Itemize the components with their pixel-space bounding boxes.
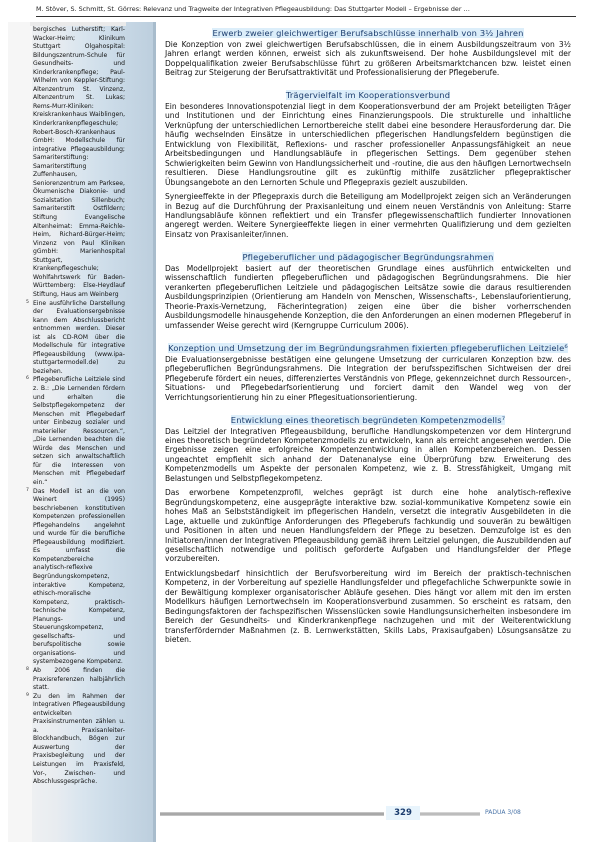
heading-text: Erwerb zweier gleichwertiger Berufsabsch… [212,28,523,38]
footnote-text: Das Modell ist an die von Weinert (1995)… [33,488,125,666]
footnote-text: Eine ausführliche Darstellung der Evalua… [33,300,125,375]
footnote-mark: 8 [26,666,29,675]
section-begruendungsrahmen: Pflegeberuflicher und pädagogischer Begr… [165,253,571,330]
footnote-mark: 6 [26,375,29,384]
section-traegervielfalt: Trägervielfalt im Kooperationsverbund Ei… [165,91,571,239]
paragraph: Synergieeffekte in der Pflegepraxis durc… [165,192,571,239]
section-heading: Konzeption und Umsetzung der im Begründu… [165,344,571,354]
heading-text: Trägervielfalt im Kooperationsverbund [286,90,450,100]
paragraph: Das Leitziel der Integrativen Pflegeausb… [165,427,571,484]
paragraph: Die Evaluationsergebnisse bestätigen ein… [165,355,571,402]
paragraph: Das erworbene Kompetenzprofil, welches g… [165,488,571,564]
main-text-column: Erwerb zweier gleichwertiger Berufsabsch… [165,29,571,645]
footnote-mark: 9 [26,692,29,701]
paragraph: Ein besonderes Innovationspotenzial lieg… [165,102,571,187]
section-heading: Entwicklung eines theoretisch begründete… [165,416,571,426]
page-number: 329 [386,806,420,820]
section-berufsabschluesse: Erwerb zweier gleichwertiger Berufsabsch… [165,29,571,77]
section-heading: Trägervielfalt im Kooperationsverbund [165,91,571,101]
heading-text: Konzeption und Umsetzung der im Begründu… [168,343,568,353]
sidebar-edge-bar [153,22,156,842]
footnote-mark: 5 [26,299,29,308]
heading-text: Entwicklung eines theoretisch begründete… [231,415,505,425]
section-heading: Pflegeberuflicher und pädagogischer Begr… [165,253,571,263]
journal-name: PADUA 3/08 [485,808,575,818]
heading-text: Pflegeberuflicher und pädagogischer Begr… [242,252,493,262]
footnote-7: 7Das Modell ist an die von Weinert (1995… [33,488,125,667]
footnote-text: Zu den im Rahmen der Integrativen Pflege… [33,693,125,785]
paragraph: Das Modellprojekt basiert auf der theore… [165,264,571,330]
footnote-mark: 7 [26,487,29,496]
running-header: M. Stöver, S. Schmitt, St. Görres: Relev… [36,3,576,17]
footnote-9: 9Zu den im Rahmen der Integrativen Pfleg… [33,693,125,787]
footnote-text: Pflegeberufliche Leitziele sind z. B.: „… [33,376,125,486]
sidebar-continued-text: bergisches Lutherstift; Karl-Wacker-Heim… [33,26,125,300]
footer-rule [420,812,480,816]
footnote-6: 6Pflegeberufliche Leitziele sind z. B.: … [33,376,125,487]
paragraph: Die Konzeption von zwei gleichwertigen B… [165,40,571,78]
footnote-text: Ab 2006 finden die Praxisreferenzen halb… [33,667,125,691]
section-heading: Erwerb zweier gleichwertiger Berufsabsch… [165,29,571,39]
paragraph: Entwicklungsbedarf hinsichtlich der Beru… [165,569,571,645]
footer-rule [160,812,384,816]
section-leitziele: Konzeption und Umsetzung der im Begründu… [165,344,571,402]
section-kompetenzmodell: Entwicklung eines theoretisch begründete… [165,416,571,645]
footnote-5: 5Eine ausführliche Darstellung der Evalu… [33,300,125,377]
footnote-8: 8Ab 2006 finden die Praxisreferenzen hal… [33,667,125,693]
footnote-sidebar: bergisches Lutherstift; Karl-Wacker-Heim… [33,26,125,787]
